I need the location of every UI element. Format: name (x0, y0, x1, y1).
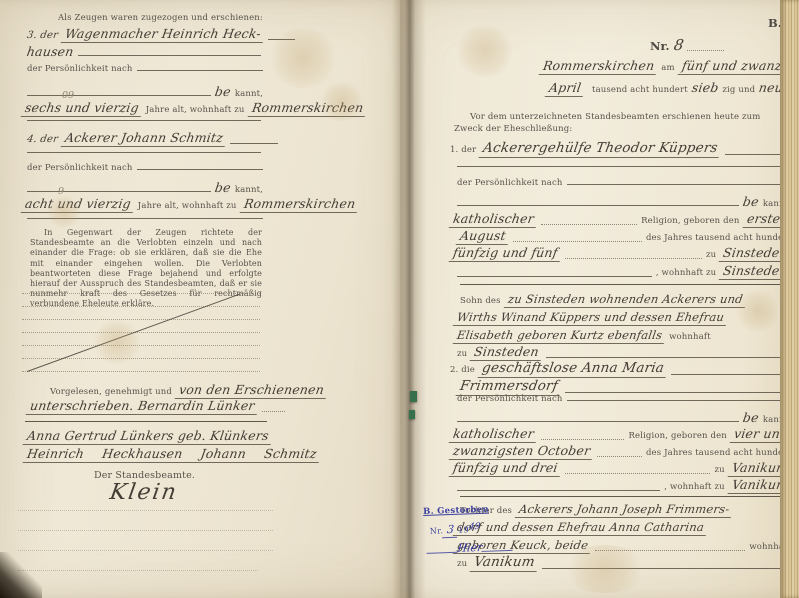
bride-be: be (742, 410, 760, 425)
groom-origin-line-3: Elisabeth geboren Kurtz ebenfalls wohnha… (452, 328, 793, 344)
religion-label: Religion, geboren den (641, 216, 739, 226)
stamp-place-line: Hier (426, 540, 512, 556)
wohnhaft-label: , wohnhaft zu (664, 482, 724, 492)
bride-prefix: 2. die (450, 365, 475, 375)
place-date-line: Rommerskirchen am fünf und zwanzig ten (538, 58, 792, 75)
bride-birth-month-line: zwanzigsten October des Jahres tausend a… (448, 443, 793, 460)
witness-4-age-line: acht und vierzig Jahre alt, wohnhaft zu … (20, 196, 288, 213)
witness-3-be: be (214, 84, 232, 99)
witness-3-bekannt-line: be kannt, (25, 84, 265, 99)
bookmark-ribbon (409, 410, 415, 419)
groom-origin-line-2: Wirths Winand Küppers und dessen Ehefrau (452, 310, 793, 326)
wohnhaft-label: wohnhaft (669, 332, 711, 342)
blank-ruled-line (25, 150, 263, 156)
record-place: Rommerskirchen (539, 58, 659, 75)
unterschrieben-line: unterschrieben. Bernardin Lünker (25, 398, 287, 415)
ruled-line (671, 372, 791, 375)
dotted-rule (22, 306, 260, 307)
register-page-left: Als Zeugen waren zugezogen und erschiene… (0, 0, 408, 598)
faint-rule (18, 530, 273, 531)
dotted-ruled-line (513, 239, 642, 242)
stamp-nr-value: 3 (442, 523, 459, 539)
witness-3-age: sechs und vierzig (21, 100, 143, 117)
register-page-right: B. Nr. 8 Rommerskirchen am fünf und zwan… (400, 0, 799, 598)
stamp-year-handwritten: 49 (468, 522, 481, 532)
stamp-number-line: Nr. 3 19 49 (430, 520, 530, 538)
witness-heading-line: Als Zeugen waren zugezogen und erschiene… (56, 13, 356, 23)
ruled-line (457, 488, 660, 491)
dark-corner-shadow (0, 552, 42, 598)
bride-persoenlichkeit-line: der Persönlichkeit nach (455, 394, 793, 404)
bride-bekannt-line: be kannt, (455, 410, 793, 425)
stamp-rule (427, 550, 458, 554)
witness-3-persoenlichkeit-line: der Persönlichkeit nach (25, 64, 265, 74)
stamp-rule (482, 548, 513, 552)
witness-4-age: acht und vierzig (21, 196, 135, 213)
page-stack-edge (780, 0, 799, 598)
ruled-line (27, 118, 261, 121)
faint-rule (18, 550, 273, 551)
groom-persoenlichkeit-line: der Persönlichkeit nach (455, 178, 793, 188)
witness-heading: Als Zeugen waren zugezogen und erschiene… (58, 13, 263, 23)
religion-label: Religion, geboren den (628, 431, 726, 441)
wohnhaft-label: , wohnhaft zu (656, 268, 716, 278)
witness-4-name: Ackerer Johann Schmitz (61, 130, 228, 147)
ruled-line (546, 355, 791, 358)
kannt-label: kannt, (235, 89, 263, 99)
ruled-line (268, 37, 295, 40)
kannt-label: kannt, (235, 185, 263, 195)
ruled-line (78, 53, 261, 56)
faint-rule (18, 510, 273, 511)
separator-line (25, 216, 265, 222)
sohn-label: Sohn des (460, 296, 501, 306)
jahre-label: Jahre alt, wohnhaft zu (146, 105, 245, 115)
bride-religion-line: katholischer Religion, geboren den vier … (448, 426, 793, 443)
party-signature-2: Heinrich Heckhausen Johann Schmitz (23, 446, 321, 463)
death-annotation-stamp: B. Gestorben Nr. 3 19 49 Hier (421, 503, 538, 567)
month-year-line: April tausend acht hundert sieb zig und … (544, 80, 792, 97)
ruled-line (137, 68, 263, 71)
persoenlichkeit-label: der Persönlichkeit nach (27, 163, 133, 173)
ruled-line (567, 182, 791, 185)
witness-4-name-line: 4. der Ackerer Johann Schmitz (25, 130, 280, 147)
zig-und-label: zig und (722, 85, 755, 95)
ruled-line (542, 566, 791, 569)
witness-3-name-line-2: hausen (25, 44, 263, 59)
party-signature-1: Anna Gertrud Lünkers geb. Klünkers (23, 428, 273, 445)
bride-birth-day-2: zwanzigsten October (449, 443, 595, 460)
tausend-label: tausend acht hundert (592, 85, 688, 95)
jahre-label: Jahre alt, wohnhaft zu (138, 201, 237, 211)
vorgelesen-handwriting: von den Erschienenen (175, 382, 329, 399)
witness-4-prefix: 4. der (26, 134, 59, 145)
faint-rule (18, 570, 258, 571)
ruled-line (27, 189, 211, 192)
dotted-ruled-line (565, 471, 711, 474)
dotted-rule (22, 345, 260, 346)
persoenlichkeit-label: der Persönlichkeit nach (457, 178, 563, 188)
jahres-label: des Jahres tausend acht hundert (646, 448, 791, 458)
registrar-signature-line: Klein (108, 480, 258, 505)
thick-separator-rule (25, 421, 267, 422)
groom-religion-line: katholischer Religion, geboren den erste… (448, 211, 793, 228)
ruled-line (567, 398, 791, 401)
bride-birth-year-line: fünfzig und drei zu Vanikum (448, 460, 793, 477)
dotted-ruled-line (541, 222, 637, 225)
vorgelesen-line: Vorgelesen, genehmigt und von den Erschi… (48, 382, 296, 399)
ruled-line (457, 419, 739, 422)
groom-origin-2: Wirths Winand Küppers und dessen Ehefrau (453, 310, 729, 326)
groom-origin-3: Elisabeth geboren Kurtz ebenfalls (453, 328, 667, 344)
registrar-signature: Klein (108, 480, 180, 505)
record-year-tens: sieb (691, 80, 720, 95)
thick-separator-rule (460, 284, 790, 285)
bride-birth-year: fünfzig und drei (449, 460, 562, 477)
witness-3-name-line: 3. der Wagenmacher Heinrich Heck- (25, 26, 297, 43)
ruled-line (457, 274, 652, 277)
dotted-rule (22, 371, 260, 372)
nr-label: Nr. (650, 39, 670, 53)
groom-name: Ackerergehülfe Theodor Küppers (479, 140, 722, 158)
zu-label: zu (706, 250, 716, 260)
witness-4-residence: Rommerskirchen (239, 196, 359, 213)
witness-3-prefix: 3. der (26, 30, 59, 41)
dotted-ruled-line (595, 548, 745, 551)
witness-3-name-cont: hausen (26, 44, 75, 59)
bride-origin-1: Ackerers Johann Joseph Frimmers- (515, 502, 734, 518)
signature-line-2: Heinrich Heckhausen Johann Schmitz (22, 446, 290, 463)
ruled-line (565, 390, 791, 393)
dotted-ruled-line (262, 409, 285, 412)
bride-residence-line: , wohnhaft zu Vanikum (455, 477, 793, 494)
ruled-line (230, 141, 278, 144)
ruled-line (137, 167, 263, 170)
witness-3-name: Wagenmacher Heinrich Heck- (61, 26, 265, 43)
vorgelesen-label: Vorgelesen, genehmigt und (50, 387, 172, 397)
zu-label: zu (714, 465, 724, 475)
persoenlichkeit-label: der Persönlichkeit nach (457, 394, 563, 404)
groom-prefix: 1. der (450, 145, 476, 155)
signature-line-1: Anna Gertrud Lünkers geb. Klünkers (22, 428, 290, 445)
dotted-ruled-line (565, 256, 702, 259)
groom-origin-residence: Sinsteden (470, 344, 543, 361)
dotted-ruled-line (687, 48, 724, 51)
stamp-place: Hier (456, 541, 482, 555)
ruled-line (27, 150, 261, 153)
ruled-line (27, 93, 211, 96)
blank-ruled-line (455, 164, 793, 170)
groom-residence-line: , wohnhaft zu Sinsteden (455, 263, 793, 280)
witness-3-age-line: sechs und vierzig Jahre alt, wohnhaft zu… (20, 100, 288, 117)
am-label: am (661, 63, 674, 73)
dotted-rule (22, 293, 260, 294)
intro-line-1: Vor dem unterzeichneten Standesbeamten e… (468, 112, 792, 122)
ruled-line (457, 203, 739, 206)
ruled-line (457, 164, 791, 167)
jahres-label: des Jahres tausend acht hundert (646, 233, 791, 243)
intro-text-2: Zweck der Eheschließung: (454, 124, 572, 134)
groom-name-line: 1. der Ackerergehülfe Theodor Küppers (448, 140, 793, 158)
groom-be: be (742, 194, 760, 209)
groom-religion: katholischer (449, 211, 539, 228)
dotted-rule (22, 319, 260, 320)
zu-label: zu (457, 349, 467, 359)
stamp-nr-label: Nr. (430, 526, 444, 535)
groom-origin-line-4: zu Sinsteden (455, 344, 793, 361)
persoenlichkeit-label: der Persönlichkeit nach (27, 64, 133, 74)
record-month: April (545, 80, 586, 97)
groom-birth-year: fünfzig und fünf (449, 245, 562, 262)
witness-3-residence: Rommerskirchen (247, 100, 367, 117)
dotted-ruled-line (541, 437, 625, 440)
groom-bekannt-line: be kannt, (455, 194, 793, 209)
ruled-line (27, 216, 263, 219)
dotted-rule (22, 332, 260, 333)
thick-separator-rule (460, 496, 790, 497)
unterschrieben-handwriting: unterschrieben. Bernardin Lünker (26, 398, 259, 415)
bookmark-ribbon (410, 391, 417, 402)
record-number-line: Nr. 8 (648, 36, 726, 54)
intro-text-1: Vor dem unterzeichneten Standesbeamten e… (470, 112, 760, 122)
dotted-ruled-line (597, 454, 642, 457)
witness-4-persoenlichkeit-line: der Persönlichkeit nach (25, 163, 265, 173)
groom-birth-year-line: fünfzig und fünf zu Sinsteden (448, 245, 793, 262)
groom-birth-month: August (456, 228, 510, 245)
stamp-head-line: B. Gestorben (423, 505, 489, 517)
intro-line-2: Zweck der Eheschließung: (452, 124, 652, 134)
bride-name: geschäftslose Anna Maria (477, 360, 668, 378)
separator-line (25, 118, 263, 124)
groom-origin-line-1: Sohn des zu Sinsteden wohnenden Ackerers… (458, 292, 793, 308)
stamp-heading: B. Gestorben (423, 505, 489, 517)
bride-name-line: 2. die geschäftslose Anna Maria (448, 360, 793, 378)
groom-birth-month-line: August des Jahres tausend acht hundert (455, 228, 793, 245)
groom-origin-1: zu Sinsteden wohnenden Ackerers und (503, 292, 746, 308)
bride-religion: katholischer (449, 426, 539, 443)
witness-4-be: be (214, 180, 232, 195)
record-number: 8 (672, 36, 685, 54)
